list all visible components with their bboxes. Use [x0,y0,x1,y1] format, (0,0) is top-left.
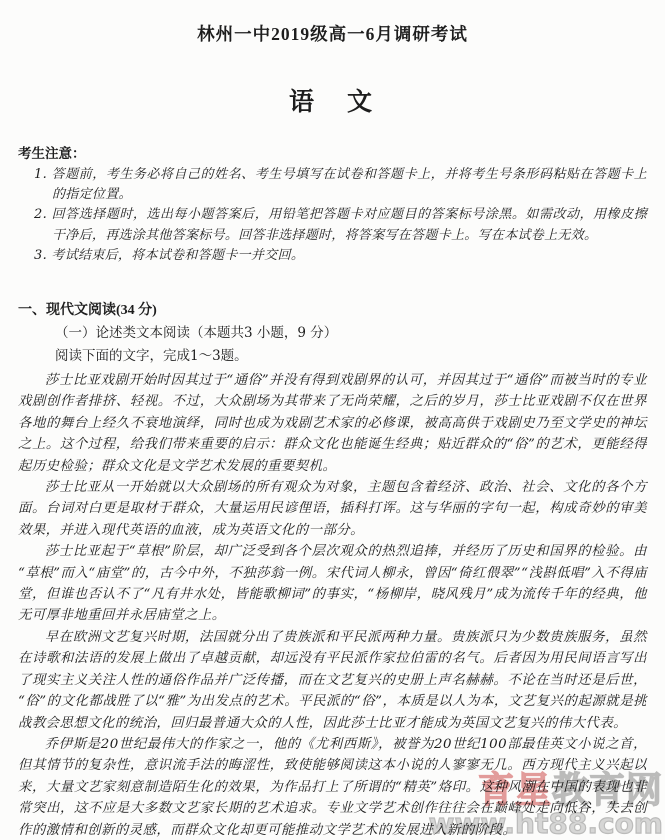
candidate-notice: 考生注意： 1. 答题前，考生务必将自己的姓名、考生号填写在试卷和答题卡上，并将… [18,142,647,266]
exam-paper-page: 林州一中2019级高一6月调研考试 语 文 考生注意： 1. 答题前，考生务必将… [0,0,665,840]
notice-item: 1. 答题前，考生务必将自己的姓名、考生号填写在试卷和答题卡上，并将考生号条形码… [34,165,647,205]
notice-heading: 考生注意： [18,142,647,162]
page-title: 林州一中2019级高一6月调研考试 [0,0,665,46]
passage-paragraph: 莎士比亚从一开始就以大众剧场的所有观众为对象，主题包含着经济、政治、社会、文化的… [18,477,647,541]
reading-passage: 莎士比亚戏剧开始时因其过于“通俗”并没有得到戏剧界的认可，并因其过于“通俗”而被… [18,370,647,840]
subsection-heading: （一）论述类文本阅读（本题共3 小题，9 分） [18,322,647,345]
notice-item-list: 1. 答题前，考生务必将自己的姓名、考生号填写在试卷和答题卡上，并将考生号条形码… [18,165,647,266]
notice-item: 2. 回答选择题时，选出每小题答案后，用铅笔把答题卡对应题目的答案标号涂黑。如需… [34,205,647,245]
subject-title: 语 文 [0,82,665,118]
passage-paragraph: 早在欧洲文艺复兴时期，法国就分出了贵族派和平民派两种力量。贵族派只为少数贵族服务… [18,627,647,734]
reading-section: 一、现代文阅读(34 分) （一）论述类文本阅读（本题共3 小题，9 分） 阅读… [18,299,647,840]
passage-paragraph: 莎士比亚戏剧开始时因其过于“通俗”并没有得到戏剧界的认可，并因其过于“通俗”而被… [18,370,647,477]
reading-instruction: 阅读下面的文字，完成1～3题。 [18,345,647,368]
section-heading: 一、现代文阅读(34 分) [18,299,647,322]
notice-item: 3. 考试结束后，将本试卷和答题卡一并交回。 [34,246,647,266]
passage-paragraph: 乔伊斯是20世纪最伟大的作家之一，他的《尤利西斯》，被誉为20世纪100部最佳英… [18,734,647,840]
passage-paragraph: 莎士比亚起于“草根”阶层，却广泛受到各个层次观众的热烈追捧，并经历了历史和国界的… [18,541,647,627]
